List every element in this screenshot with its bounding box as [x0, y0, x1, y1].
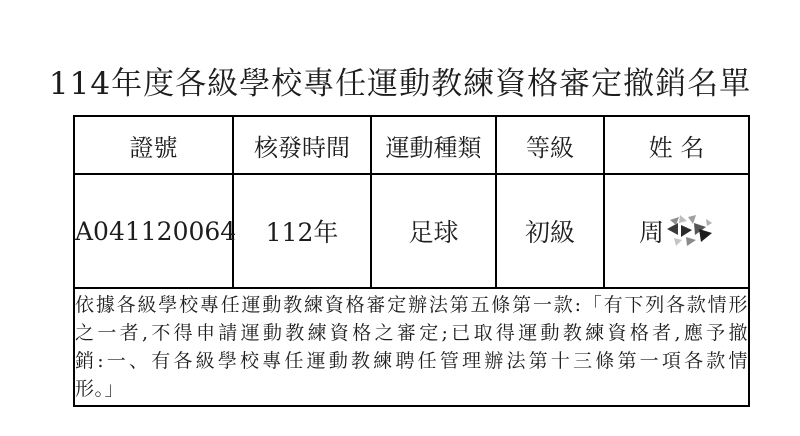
header-level: 等級: [496, 116, 604, 174]
cell-sport-type: 足球: [371, 174, 496, 288]
name-visible-text: 周: [639, 213, 664, 249]
note-line-1: 依據各級學校專任運動教練資格審定辦法第五條第一款:「有下列各款情形: [75, 291, 748, 319]
cell-cert-no: A041120064: [74, 174, 233, 288]
note-line-3: 銷:一、有各級學校專任運動教練聘任管理辦法第十三條第一項各款情: [75, 347, 748, 375]
revocation-table: 證號 核發時間 運動種類 等級 姓 名 A041120064 112年 足球 初…: [73, 115, 750, 407]
pixelated-redaction-icon: [666, 213, 714, 249]
header-cert-no: 證號: [74, 116, 233, 174]
header-issue-time: 核發時間: [233, 116, 371, 174]
note-line-4: 形。」: [75, 375, 748, 403]
legal-note-cell: 依據各級學校專任運動教練資格審定辦法第五條第一款:「有下列各款情形 之一者,不得…: [74, 288, 749, 406]
note-row: 依據各級學校專任運動教練資格審定辦法第五條第一款:「有下列各款情形 之一者,不得…: [74, 288, 749, 406]
note-line-2: 之一者,不得申請運動教練資格之審定;已取得運動教練資格者,應予撤: [75, 319, 748, 347]
header-sport-type: 運動種類: [371, 116, 496, 174]
table-header-row: 證號 核發時間 運動種類 等級 姓 名: [74, 116, 749, 174]
header-name: 姓 名: [604, 116, 749, 174]
cell-issue-time: 112年: [233, 174, 371, 288]
page-title: 114年度各級學校專任運動教練資格審定撤銷名單: [0, 58, 800, 103]
redacted-name: 周: [639, 213, 714, 249]
cell-level: 初級: [496, 174, 604, 288]
cell-name: 周: [604, 174, 749, 288]
document-page: 114年度各級學校專任運動教練資格審定撤銷名單 證號 核發時間 運動種類 等級 …: [0, 0, 800, 436]
table-row: A041120064 112年 足球 初級 周: [74, 174, 749, 288]
